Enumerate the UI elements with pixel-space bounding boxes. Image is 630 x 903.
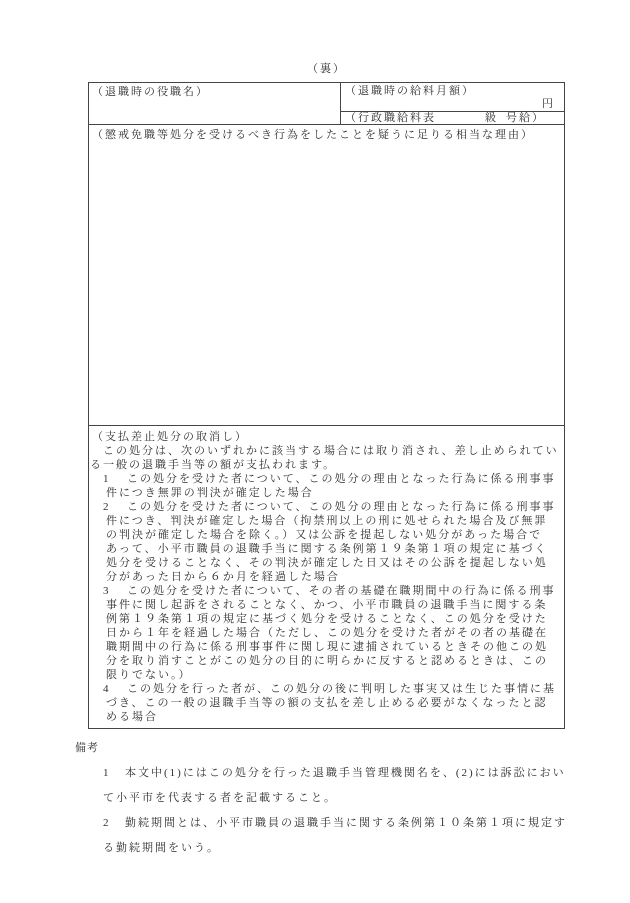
note-item-line: て小平市を代表する者を記載すること。: [75, 786, 567, 811]
item-number: 1: [103, 472, 127, 486]
item-number: 3: [103, 584, 127, 598]
reason-label: （懲戒免職等処分を受けるべき行為をしたことを疑うに足りる相当な理由）: [92, 129, 534, 141]
item-text: この処分を行った者が、この処分の後に判明した事実又は生じた事情に基: [127, 683, 556, 695]
grade-label: 級: [485, 112, 498, 124]
cancellation-item-line: める場合: [89, 710, 564, 724]
form-table: （退職時の役職名） （退職時の給料月額） 円 （行政職給料表 級 号給） （懲戒…: [88, 82, 565, 729]
item-text: この処分を受けた者について、この処分の理由となった行為に係る刑事事: [127, 501, 556, 513]
cancellation-item-line: 4この処分を行った者が、この処分の後に判明した事実又は生じた事情に基: [89, 682, 564, 696]
notes-heading: 備考: [75, 740, 567, 761]
item-text: 本文中(1)にはこの処分を行った退職手当管理機関名を、(2)には訴訟におい: [125, 767, 566, 779]
cancellation-item-line: 分を取り消すことがこの処分の目的に明らかに反すると認めるときは、この: [89, 654, 564, 668]
cancellation-item-line: 件につき無罪の判決が確定した場合: [89, 486, 564, 500]
notes-section: 備考 1本文中(1)にはこの処分を行った退職手当管理機関名を、(2)には訴訟にお…: [75, 740, 567, 861]
cancellation-item-line: 2この処分を受けた者について、この処分の理由となった行為に係る刑事事: [89, 500, 564, 514]
reason-cell: （懲戒免職等処分を受けるべき行為をしたことを疑うに足りる相当な理由）: [89, 125, 564, 426]
pay-table-label: （行政職給料表: [345, 112, 436, 124]
cancellation-item-line: 処分を受けることなく、その判決が確定した日又はその公訴を提起しない処: [89, 556, 564, 570]
item-number: 4: [103, 682, 127, 696]
cancellation-item-line: 職期間中の行為に係る刑事事件に関し現に逮捕されているときその他この処: [89, 640, 564, 654]
note-item-line: 2勤続期間とは、小平市職員の退職手当に関する条例第１０条第１項に規定す: [75, 811, 567, 836]
currency-unit-label: 円: [345, 98, 555, 111]
cancellation-item-line: 事件に関し起訴をされることなく、かつ、小平市職員の退職手当に関する条: [89, 598, 564, 612]
step-label: 号給）: [506, 112, 545, 124]
item-number: 2: [103, 811, 125, 836]
cancellation-intro-line: る一般の退職手当等の額が支払われます。: [89, 458, 564, 472]
cancellation-item-line: 分があった日から６か月を経過した場合: [89, 570, 564, 584]
cancellation-item-line: 1この処分を受けた者について、この処分の理由となった行為に係る刑事事: [89, 472, 564, 486]
cancellation-item-line: あって、小平市職員の退職手当に関する条例第１９条第１項の規定に基づく: [89, 542, 564, 556]
header-row: （退職時の役職名） （退職時の給料月額） 円 （行政職給料表 級 号給）: [89, 83, 564, 125]
cancellation-item-line: づき、この一般の退職手当等の額の支払を差し止める必要がなくなったと認: [89, 696, 564, 710]
cancellation-item-line: 件につき、判決が確定した場合（拘禁刑以上の刑に処せられた場合及び無罪: [89, 514, 564, 528]
position-cell: （退職時の役職名）: [89, 83, 341, 124]
cancellation-item-line: 日から１年を経過した場合（ただし、この処分を受けた者がその者の基礎在: [89, 626, 564, 640]
salary-cell: （退職時の給料月額） 円 （行政職給料表 級 号給）: [341, 83, 564, 124]
cancellation-intro-line: この処分は、次のいずれかに該当する場合には取り消され、差し止められてい: [89, 444, 564, 458]
salary-monthly-cell: （退職時の給料月額） 円: [341, 83, 564, 112]
item-number: 1: [103, 761, 125, 786]
document-page: （裏） （退職時の役職名） （退職時の給料月額） 円 （行政職給料表 級 号給）…: [0, 0, 630, 903]
cancellation-item-line: 例第１９条第１項の規定に基づく処分を受けることなく、この処分を受けた: [89, 612, 564, 626]
item-text: この処分を受けた者について、この処分の理由となった行為に係る刑事事: [127, 473, 556, 485]
position-label: （退職時の役職名）: [92, 86, 209, 98]
pay-table-cell: （行政職給料表 級 号給）: [341, 112, 564, 124]
note-item-line: 1本文中(1)にはこの処分を行った退職手当管理機関名を、(2)には訴訟におい: [75, 761, 567, 786]
item-text: この処分を受けた者について、その者の基礎在職期間中の行為に係る刑事: [127, 585, 556, 597]
cancellation-body: この処分は、次のいずれかに該当する場合には取り消され、差し止められている一般の退…: [89, 444, 564, 724]
side-label: （裏）: [88, 62, 565, 76]
note-item-line: る勤続期間をいう。: [75, 836, 567, 861]
cancellation-heading: （支払差止処分の取消し）: [89, 430, 564, 444]
notes-body: 1本文中(1)にはこの処分を行った退職手当管理機関名を、(2)には訴訟において小…: [75, 761, 567, 861]
cancellation-item-line: 限りでない。）: [89, 668, 564, 682]
cancellation-cell: （支払差止処分の取消し） この処分は、次のいずれかに該当する場合には取り消され、…: [89, 426, 564, 728]
cancellation-item-line: 3この処分を受けた者について、その者の基礎在職期間中の行為に係る刑事: [89, 584, 564, 598]
salary-monthly-label: （退職時の給料月額）: [345, 85, 555, 98]
cancellation-item-line: の判決が確定した場合を除く。）又は公訴を提起しない処分があった場合で: [89, 528, 564, 542]
item-text: 勤続期間とは、小平市職員の退職手当に関する条例第１０条第１項に規定す: [125, 817, 567, 829]
item-number: 2: [103, 500, 127, 514]
